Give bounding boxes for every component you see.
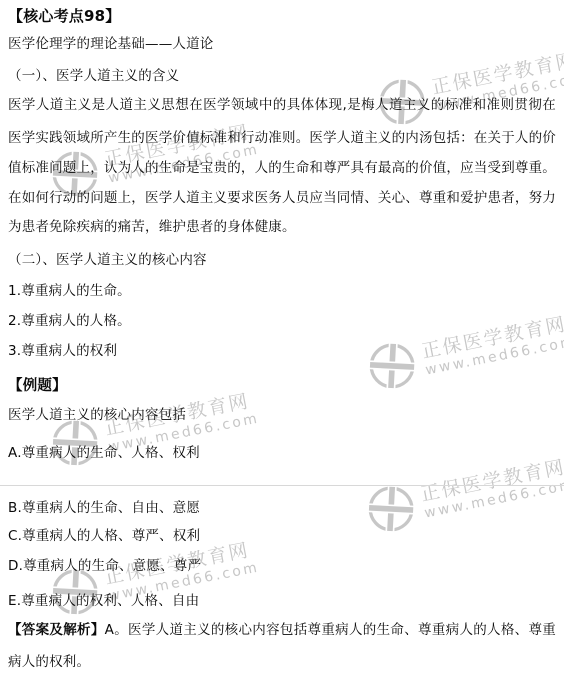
option-a: A.尊重病人的生命、人格、权利 xyxy=(8,445,556,462)
example-heading: 【例题】 xyxy=(8,378,556,395)
option-b: B.尊重病人的生命、自由、意愿 xyxy=(8,500,556,517)
watermark: 正保医学教育网 www.med66.com xyxy=(373,42,564,131)
document-page: 正保医学教育网 www.med66.com 正保医学教育网 www.med66.… xyxy=(0,0,564,682)
paragraph-line: 医学实践领域所产生的医学价值标准和行动准则。医学人道主义的内汤包括：在关于人的价 xyxy=(8,130,556,147)
paragraph-line: 医学人道主义是人道主义思想在医学领域中的具体体现,是梅人道主义的标准和准则贯彻在 xyxy=(8,97,556,114)
paragraph-line: 为患者免除疾病的痛苦，维护患者的身体健康。 xyxy=(8,219,556,236)
core-item-2: 2.尊重病人的人格。 xyxy=(8,313,556,330)
core-item-3: 3.尊重病人的权利 xyxy=(8,343,556,360)
paragraph-line: 在如何行动的问题上，医学人道主义要求医务人员应当同情、关心、尊重和爱护患者，努力 xyxy=(8,190,556,207)
section2-heading: （二）、医学人道主义的核心内容 xyxy=(8,252,556,269)
answer-line: 【答案及解析】A。医学人道主义的核心内容包括尊重病人的生命、尊重病人的人格、尊重 xyxy=(8,622,556,639)
section1-heading: （一）、医学人道主义的含义 xyxy=(8,68,556,85)
watermark: 正保医学教育网 www.med66.com xyxy=(362,449,564,538)
core-item-1: 1.尊重病人的生命。 xyxy=(8,283,556,300)
option-e: E.尊重病人的权利、人格、自由 xyxy=(8,593,556,610)
answer-text: A。医学人道主义的核心内容包括尊重病人的生命、尊重病人的人格、尊重 xyxy=(105,622,556,638)
answer-line: 病人的权利。 xyxy=(8,654,556,671)
question-stem: 医学人道主义的核心内容包括 xyxy=(8,407,556,424)
answer-heading: 【答案及解析】 xyxy=(8,622,105,638)
keypoint-heading: 【核心考点98】 xyxy=(8,8,556,25)
section-divider xyxy=(0,485,564,486)
option-d: D.尊重病人的生命、意愿、尊严 xyxy=(8,558,556,575)
option-c: C.尊重病人的人格、尊严、权利 xyxy=(8,528,556,545)
topic-title: 医学伦理学的理论基础——人道论 xyxy=(8,36,556,53)
paragraph-line: 值标准问题上，认为人的生命是宝贵的，人的生命和尊严具有最高的价值，应当受到尊重。 xyxy=(8,160,556,177)
